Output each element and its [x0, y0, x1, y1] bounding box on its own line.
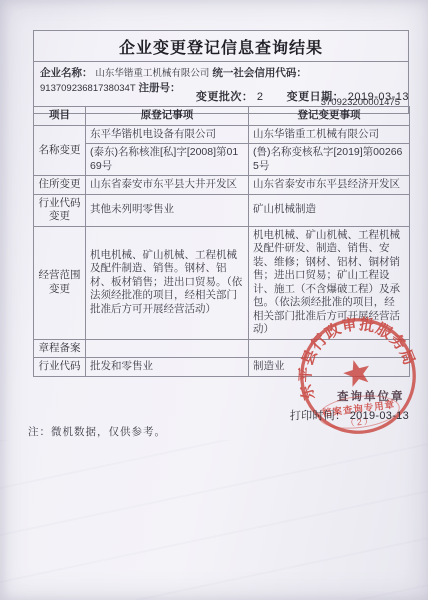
change-date-value: 2019-03-13 [348, 91, 409, 103]
changed-cell: 山东省泰安市东平县经济开发区 [249, 176, 410, 195]
original-cell: 东平华锴机电设备有限公司 [86, 125, 249, 144]
footnote: 注：微机数据，仅供参考。 [28, 424, 166, 439]
company-name-value: 山东华锴重工机械有限公司 [95, 68, 209, 79]
item-cell: 经营范围变更 [34, 226, 86, 339]
table-row-name-change: 名称变更 东平华锴机电设备有限公司 山东华锴重工机械有限公司 [34, 125, 410, 144]
original-cell: 批发和零售业 [86, 358, 249, 377]
batch-value: 2 [257, 91, 264, 103]
batch-label: 变更批次： [196, 91, 254, 103]
col-header-changed: 登记变更事项 [249, 107, 410, 126]
item-cell: 名称变更 [34, 125, 86, 176]
print-time-row: 打印时间： 2019-03-13 [33, 407, 409, 423]
table-row-industry-code-change: 行业代码变更 其他未列明零售业 矿山机械制造 [34, 194, 410, 226]
table-body: 名称变更 东平华锴机电设备有限公司 山东华锴重工机械有限公司 (泰东)名称核准[… [34, 125, 410, 376]
original-cell: (泰东)名称核准[私]字[2008]第0169号 [86, 144, 249, 176]
paper-wrinkle-texture [0, 440, 428, 600]
change-registration-table: 项目 原登记事项 登记变更事项 名称变更 东平华锴机电设备有限公司 山东华锴重工… [33, 106, 410, 377]
table-row-industry-code: 行业代码 批发和零售业 制造业 [34, 358, 410, 377]
col-header-original: 原登记事项 [86, 107, 249, 126]
table-row-address-change: 住所变更 山东省泰安市东平县大井开发区 山东省泰安市东平县经济开发区 [34, 176, 410, 195]
scanned-document-page: 企业变更登记信息查询结果 企业名称： 山东华锴重工机械有限公司 统一社会信用代码… [0, 0, 428, 600]
changed-cell: 山东华锴重工机械有限公司 [249, 125, 410, 144]
original-cell: 其他未列明零售业 [86, 194, 249, 226]
table-row-business-scope-change: 经营范围变更 机电机械、矿山机械、工程机械及配件制造、销售。钢材、铝材、板材销售… [34, 226, 410, 339]
table-header-row: 项目 原登记事项 登记变更事项 [34, 107, 410, 126]
original-cell [86, 339, 249, 358]
table-header: 项目 原登记事项 登记变更事项 [34, 107, 410, 126]
item-cell: 章程备案 [34, 339, 86, 358]
print-time-value: 2019-03-13 [350, 410, 409, 422]
query-unit-seal-label: 查询单位章 [337, 388, 405, 404]
changed-cell: 矿山机械制造 [249, 194, 410, 226]
changed-cell: (鲁)名称变核私字[2019]第002665号 [249, 144, 410, 176]
table-row-charter-filing: 章程备案 [34, 339, 410, 358]
col-header-item: 项目 [34, 107, 86, 126]
table-row-name-approval: (泰东)名称核准[私]字[2008]第0169号 (鲁)名称变核私字[2019]… [34, 144, 410, 176]
original-cell: 机电机械、矿山机械、工程机械及配件制造、销售。钢材、铝材、板材销售；进出口贸易。… [86, 226, 249, 339]
batch-date-row: 变更批次： 2 变更日期： 2019-03-13 [33, 88, 409, 104]
changed-cell: 制造业 [249, 358, 410, 377]
original-cell: 山东省泰安市东平县大井开发区 [86, 176, 249, 195]
page-title: 企业变更登记信息查询结果 [34, 31, 408, 62]
print-time-label: 打印时间： [290, 410, 347, 422]
change-date-label: 变更日期： [287, 91, 345, 103]
item-cell: 行业代码 [34, 358, 86, 377]
changed-cell [249, 339, 410, 358]
item-cell: 住所变更 [34, 176, 86, 195]
credit-code-label: 统一社会信用代码： [212, 67, 307, 79]
changed-cell: 机电机械、矿山机械、工程机械及配件研发、制造、销售、安装、维修；钢材、铝材、铜材… [249, 226, 410, 339]
company-name-label: 企业名称： [40, 67, 93, 79]
item-cell: 行业代码变更 [34, 194, 86, 226]
